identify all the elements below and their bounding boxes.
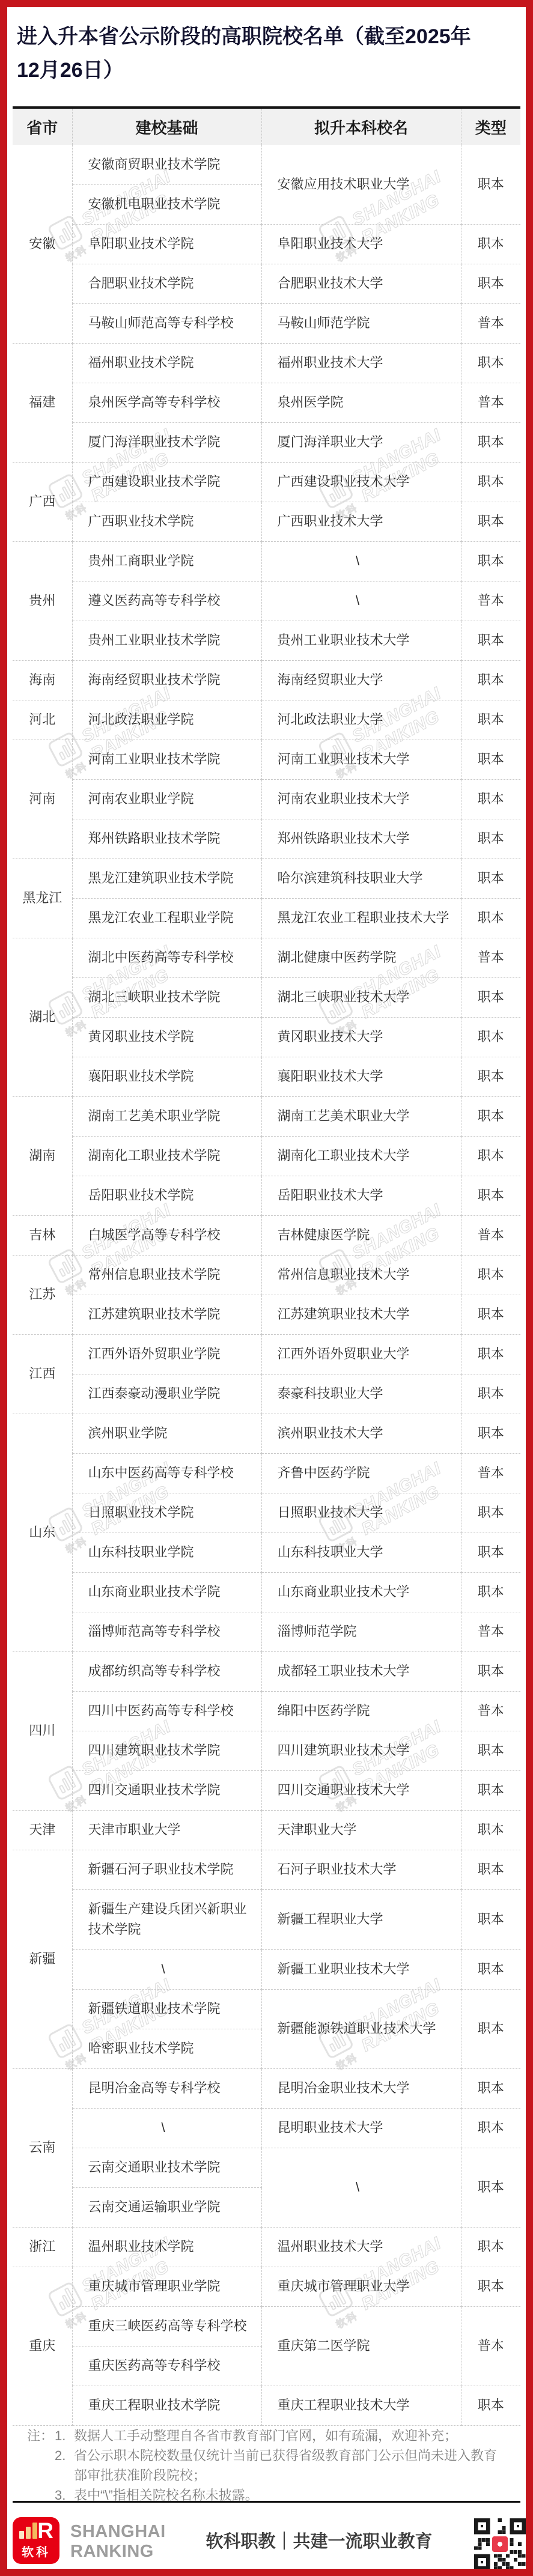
base-school-cell: 重庆工程职业技术学院 bbox=[72, 2386, 261, 2425]
table-row: 河南河南工业职业技术学院河南工业职业技术大学职本 bbox=[13, 740, 520, 779]
base-school-cell: 厦门海洋职业技术学院 bbox=[72, 422, 261, 462]
brand-line1: SHANGHAI bbox=[70, 2522, 166, 2542]
base-school-cell: 温州职业技术学院 bbox=[72, 2227, 261, 2267]
base-school-cell: 贵州工商职业学院 bbox=[72, 541, 261, 581]
base-school-cell: 山东中医药高等专科学校 bbox=[72, 1453, 261, 1493]
target-school-cell: 新疆能源铁道职业技术大学 bbox=[261, 1989, 461, 2068]
table-row: 四川建筑职业技术学院四川建筑职业技术大学职本 bbox=[13, 1731, 520, 1770]
brand-name: SHANGHAI RANKING bbox=[70, 2522, 166, 2562]
type-cell: 职本 bbox=[461, 858, 520, 898]
target-school-cell: 四川交通职业技术大学 bbox=[261, 1770, 461, 1810]
type-cell: 职本 bbox=[461, 660, 520, 700]
target-school-cell: 温州职业技术大学 bbox=[261, 2227, 461, 2267]
target-school-cell: 山东科技职业大学 bbox=[261, 1533, 461, 1572]
table-row: 山东科技职业学院山东科技职业大学职本 bbox=[13, 1533, 520, 1572]
province-cell: 吉林 bbox=[13, 1215, 72, 1255]
base-school-cell: 滨州职业学院 bbox=[72, 1414, 261, 1453]
table-row: 重庆重庆城市管理职业学院重庆城市管理职业大学职本 bbox=[13, 2267, 520, 2306]
table-row: 贵州工业职业技术学院贵州工业职业技术大学职本 bbox=[13, 621, 520, 660]
table-row: 四川交通职业技术学院四川交通职业技术大学职本 bbox=[13, 1770, 520, 1810]
table-row: 马鞍山师范高等专科学校马鞍山师范学院普本 bbox=[13, 303, 520, 343]
base-school-cell: 江西泰豪动漫职业学院 bbox=[72, 1374, 261, 1414]
base-school-cell: 淄博师范高等专科学校 bbox=[72, 1612, 261, 1651]
base-school-cell: 湖南工艺美术职业学院 bbox=[72, 1096, 261, 1136]
table-row: 山东滨州职业学院滨州职业技术大学职本 bbox=[13, 1414, 520, 1453]
table-row: 云南交通职业技术学院\职本 bbox=[13, 2148, 520, 2187]
type-cell: 普本 bbox=[461, 303, 520, 343]
type-cell: 职本 bbox=[461, 700, 520, 740]
table-row: 合肥职业技术学院合肥职业技术大学职本 bbox=[13, 264, 520, 303]
table-row: 日照职业技术学院日照职业技术大学职本 bbox=[13, 1493, 520, 1533]
province-cell: 江苏 bbox=[13, 1255, 72, 1334]
target-school-cell: 黑龙江农业工程职业技术大学 bbox=[261, 898, 461, 938]
base-school-cell: 安徽机电职业技术学院 bbox=[72, 184, 261, 224]
province-cell: 海南 bbox=[13, 660, 72, 700]
base-school-cell: 四川交通职业技术学院 bbox=[72, 1770, 261, 1810]
target-school-cell: \ bbox=[261, 541, 461, 581]
target-school-cell: 齐鲁中医药学院 bbox=[261, 1453, 461, 1493]
base-school-cell: 云南交通职业技术学院 bbox=[72, 2148, 261, 2187]
target-school-cell: \ bbox=[261, 581, 461, 621]
base-school-cell: 贵州工业职业技术学院 bbox=[72, 621, 261, 660]
table-row: 湖北三峡职业技术学院湖北三峡职业技术大学职本 bbox=[13, 977, 520, 1017]
footer-divider bbox=[13, 2501, 520, 2503]
base-school-cell: 郑州铁路职业技术学院 bbox=[72, 819, 261, 858]
table-row: 四川成都纺织高等专科学校成都轻工职业技术大学职本 bbox=[13, 1651, 520, 1691]
target-school-cell: 四川建筑职业技术大学 bbox=[261, 1731, 461, 1770]
base-school-cell: 合肥职业技术学院 bbox=[72, 264, 261, 303]
table-header-row: 省市 建校基础 拟升本科校名 类型 bbox=[13, 108, 520, 145]
table-row: 江苏常州信息职业技术学院常州信息职业技术大学职本 bbox=[13, 1255, 520, 1295]
table-row: 浙江温州职业技术学院温州职业技术大学职本 bbox=[13, 2227, 520, 2267]
province-cell: 安徽 bbox=[13, 145, 72, 343]
col-header-province: 省市 bbox=[13, 108, 72, 145]
target-school-cell: 江苏建筑职业技术大学 bbox=[261, 1295, 461, 1334]
col-header-base: 建校基础 bbox=[72, 108, 261, 145]
target-school-cell: 河南农业职业技术大学 bbox=[261, 779, 461, 819]
infographic-page: 软科SHANGHAIRANKING软科SHANGHAIRANKING软科SHAN… bbox=[0, 0, 533, 2576]
base-school-cell: 常州信息职业技术学院 bbox=[72, 1255, 261, 1295]
province-cell: 云南 bbox=[13, 2068, 72, 2227]
table-row: 江苏建筑职业技术学院江苏建筑职业技术大学职本 bbox=[13, 1295, 520, 1334]
type-cell: 普本 bbox=[461, 581, 520, 621]
base-school-cell: 重庆三峡医药高等专科学校 bbox=[72, 2306, 261, 2346]
base-school-cell: \ bbox=[72, 2108, 261, 2148]
type-cell: 职本 bbox=[461, 1949, 520, 1989]
base-school-cell: 重庆城市管理职业学院 bbox=[72, 2267, 261, 2306]
type-cell: 职本 bbox=[461, 422, 520, 462]
type-cell: 普本 bbox=[461, 938, 520, 977]
base-school-cell: 天津市职业大学 bbox=[72, 1810, 261, 1850]
table-row: 山东商业职业技术学院山东商业职业技术大学职本 bbox=[13, 1572, 520, 1612]
base-school-cell: 四川中医药高等专科学校 bbox=[72, 1691, 261, 1731]
base-school-cell: 河北政法职业学院 bbox=[72, 700, 261, 740]
type-cell: 职本 bbox=[461, 1989, 520, 2068]
base-school-cell: 重庆医药高等专科学校 bbox=[72, 2346, 261, 2386]
table-body: 安徽安徽商贸职业技术学院安徽应用技术职业大学职本安徽机电职业技术学院阜阳职业技术… bbox=[13, 145, 520, 2425]
target-school-cell: 天津职业大学 bbox=[261, 1810, 461, 1850]
type-cell: 职本 bbox=[461, 977, 520, 1017]
province-cell: 河南 bbox=[13, 740, 72, 858]
target-school-cell: 吉林健康医学院 bbox=[261, 1215, 461, 1255]
target-school-cell: 石河子职业技术大学 bbox=[261, 1850, 461, 1889]
table-row: 新疆生产建设兵团兴新职业技术学院新疆工程职业大学职本 bbox=[13, 1889, 520, 1949]
base-school-cell: 黑龙江农业工程职业学院 bbox=[72, 898, 261, 938]
logo-r-glyph: R bbox=[37, 2518, 53, 2544]
table-row: \昆明职业技术大学职本 bbox=[13, 2108, 520, 2148]
table-row: 广西广西建设职业技术学院广西建设职业技术大学职本 bbox=[13, 462, 520, 502]
target-school-cell: 滨州职业技术大学 bbox=[261, 1414, 461, 1453]
type-cell: 职本 bbox=[461, 2227, 520, 2267]
province-cell: 黑龙江 bbox=[13, 858, 72, 938]
base-school-cell: \ bbox=[72, 1949, 261, 1989]
footer: R 软科 SHANGHAI RANKING 软科职教｜共建一流职业教育 bbox=[13, 2514, 520, 2566]
table-row: 阜阳职业技术学院阜阳职业技术大学职本 bbox=[13, 224, 520, 264]
notes-block: 注：1.数据人工手动整理自各省市教育部门官网，如有疏漏，欢迎补充；2.省公示职本… bbox=[27, 2426, 504, 2505]
province-cell: 福建 bbox=[13, 343, 72, 462]
type-cell: 职本 bbox=[461, 1255, 520, 1295]
type-cell: 职本 bbox=[461, 264, 520, 303]
target-school-cell: 淄博师范学院 bbox=[261, 1612, 461, 1651]
note-item: 注：1.数据人工手动整理自各省市教育部门官网，如有疏漏，欢迎补充； bbox=[27, 2426, 504, 2446]
target-school-cell: 泰豪科技职业大学 bbox=[261, 1374, 461, 1414]
base-school-cell: 昆明冶金高等专科学校 bbox=[72, 2068, 261, 2108]
type-cell: 职本 bbox=[461, 1572, 520, 1612]
target-school-cell: 海南经贸职业大学 bbox=[261, 660, 461, 700]
target-school-cell: 绵阳中医药学院 bbox=[261, 1691, 461, 1731]
table-row: 郑州铁路职业技术学院郑州铁路职业技术大学职本 bbox=[13, 819, 520, 858]
table-row: \新疆工业职业技术大学职本 bbox=[13, 1949, 520, 1989]
base-school-cell: 马鞍山师范高等专科学校 bbox=[72, 303, 261, 343]
target-school-cell: 山东商业职业技术大学 bbox=[261, 1572, 461, 1612]
note-item: 2.省公示职本院校数量仅统计当前已获得省级教育部门公示但尚未进入教育部审批获准阶… bbox=[27, 2446, 504, 2485]
type-cell: 职本 bbox=[461, 541, 520, 581]
col-header-type: 类型 bbox=[461, 108, 520, 145]
base-school-cell: 广西建设职业技术学院 bbox=[72, 462, 261, 502]
table-row: 广西职业技术学院广西职业技术大学职本 bbox=[13, 502, 520, 541]
target-school-cell: 广西职业技术大学 bbox=[261, 502, 461, 541]
type-cell: 普本 bbox=[461, 1612, 520, 1651]
logo-wordmark: 软科 bbox=[13, 2542, 59, 2560]
target-school-cell: 河北政法职业大学 bbox=[261, 700, 461, 740]
table-row: 重庆三峡医药高等专科学校重庆第二医学院普本 bbox=[13, 2306, 520, 2346]
qr-code bbox=[474, 2518, 526, 2570]
type-cell: 职本 bbox=[461, 145, 520, 224]
type-cell: 职本 bbox=[461, 740, 520, 779]
table-row: 福建福州职业技术学院福州职业技术大学职本 bbox=[13, 343, 520, 383]
type-cell: 职本 bbox=[461, 898, 520, 938]
base-school-cell: 黄冈职业技术学院 bbox=[72, 1017, 261, 1057]
table-row: 新疆新疆石河子职业技术学院石河子职业技术大学职本 bbox=[13, 1850, 520, 1889]
type-cell: 职本 bbox=[461, 819, 520, 858]
target-school-cell: 郑州铁路职业技术大学 bbox=[261, 819, 461, 858]
province-cell: 河北 bbox=[13, 700, 72, 740]
table-row: 岳阳职业技术学院岳阳职业技术大学职本 bbox=[13, 1176, 520, 1215]
type-cell: 职本 bbox=[461, 1295, 520, 1334]
province-cell: 湖南 bbox=[13, 1096, 72, 1215]
type-cell: 职本 bbox=[461, 1136, 520, 1176]
table-row: 河北河北政法职业学院河北政法职业大学职本 bbox=[13, 700, 520, 740]
type-cell: 普本 bbox=[461, 1215, 520, 1255]
target-school-cell: 湖南工艺美术职业大学 bbox=[261, 1096, 461, 1136]
table-row: 贵州贵州工商职业学院\职本 bbox=[13, 541, 520, 581]
target-school-cell: 马鞍山师范学院 bbox=[261, 303, 461, 343]
target-school-cell: 福州职业技术大学 bbox=[261, 343, 461, 383]
table-row: 吉林白城医学高等专科学校吉林健康医学院普本 bbox=[13, 1215, 520, 1255]
table-row: 新疆铁道职业技术学院新疆能源铁道职业技术大学职本 bbox=[13, 1989, 520, 2029]
table-row: 河南农业职业学院河南农业职业技术大学职本 bbox=[13, 779, 520, 819]
base-school-cell: 成都纺织高等专科学校 bbox=[72, 1651, 261, 1691]
table-row: 江西泰豪动漫职业学院泰豪科技职业大学职本 bbox=[13, 1374, 520, 1414]
table-row: 江西江西外语外贸职业学院江西外语外贸职业大学职本 bbox=[13, 1334, 520, 1374]
province-cell: 新疆 bbox=[13, 1850, 72, 2068]
target-school-cell: 成都轻工职业技术大学 bbox=[261, 1651, 461, 1691]
base-school-cell: 新疆石河子职业技术学院 bbox=[72, 1850, 261, 1889]
base-school-cell: 遵义医药高等专科学校 bbox=[72, 581, 261, 621]
target-school-cell: 哈尔滨建筑科技职业大学 bbox=[261, 858, 461, 898]
type-cell: 职本 bbox=[461, 2386, 520, 2425]
type-cell: 职本 bbox=[461, 1017, 520, 1057]
type-cell: 职本 bbox=[461, 1810, 520, 1850]
base-school-cell: 河南农业职业学院 bbox=[72, 779, 261, 819]
footer-slogan: 软科职教｜共建一流职业教育 bbox=[187, 2528, 451, 2553]
table-row: 天津天津市职业大学天津职业大学职本 bbox=[13, 1810, 520, 1850]
target-school-cell: 日照职业技术大学 bbox=[261, 1493, 461, 1533]
type-cell: 职本 bbox=[461, 1057, 520, 1096]
province-cell: 天津 bbox=[13, 1810, 72, 1850]
target-school-cell: 泉州医学院 bbox=[261, 383, 461, 422]
type-cell: 普本 bbox=[461, 383, 520, 422]
target-school-cell: 重庆第二医学院 bbox=[261, 2306, 461, 2386]
base-school-cell: 泉州医学高等专科学校 bbox=[72, 383, 261, 422]
base-school-cell: 哈密职业技术学院 bbox=[72, 2029, 261, 2068]
province-cell: 山东 bbox=[13, 1414, 72, 1651]
target-school-cell: 江西外语外贸职业大学 bbox=[261, 1334, 461, 1374]
type-cell: 职本 bbox=[461, 1850, 520, 1889]
type-cell: 职本 bbox=[461, 1493, 520, 1533]
base-school-cell: 湖北中医药高等专科学校 bbox=[72, 938, 261, 977]
target-school-cell: 安徽应用技术职业大学 bbox=[261, 145, 461, 224]
type-cell: 职本 bbox=[461, 462, 520, 502]
province-cell: 重庆 bbox=[13, 2267, 72, 2425]
col-header-target: 拟升本科校名 bbox=[261, 108, 461, 145]
target-school-cell: 合肥职业技术大学 bbox=[261, 264, 461, 303]
table-row: 湖南化工职业技术学院湖南化工职业技术大学职本 bbox=[13, 1136, 520, 1176]
target-school-cell: 昆明冶金职业技术大学 bbox=[261, 2068, 461, 2108]
target-school-cell: 贵州工业职业技术大学 bbox=[261, 621, 461, 660]
base-school-cell: 四川建筑职业技术学院 bbox=[72, 1731, 261, 1770]
target-school-cell: 湖南化工职业技术大学 bbox=[261, 1136, 461, 1176]
type-cell: 职本 bbox=[461, 2267, 520, 2306]
table-row: 襄阳职业技术学院襄阳职业技术大学职本 bbox=[13, 1057, 520, 1096]
base-school-cell: 山东商业职业技术学院 bbox=[72, 1572, 261, 1612]
type-cell: 职本 bbox=[461, 621, 520, 660]
base-school-cell: 阜阳职业技术学院 bbox=[72, 224, 261, 264]
base-school-cell: 安徽商贸职业技术学院 bbox=[72, 145, 261, 184]
province-cell: 湖北 bbox=[13, 938, 72, 1096]
target-school-cell: \ bbox=[261, 2148, 461, 2227]
table-row: 湖南湖南工艺美术职业学院湖南工艺美术职业大学职本 bbox=[13, 1096, 520, 1136]
target-school-cell: 重庆城市管理职业大学 bbox=[261, 2267, 461, 2306]
base-school-cell: 海南经贸职业技术学院 bbox=[72, 660, 261, 700]
target-school-cell: 襄阳职业技术大学 bbox=[261, 1057, 461, 1096]
type-cell: 职本 bbox=[461, 343, 520, 383]
base-school-cell: 新疆生产建设兵团兴新职业技术学院 bbox=[72, 1889, 261, 1949]
target-school-cell: 常州信息职业技术大学 bbox=[261, 1255, 461, 1295]
type-cell: 职本 bbox=[461, 2108, 520, 2148]
province-cell: 四川 bbox=[13, 1651, 72, 1810]
province-cell: 广西 bbox=[13, 462, 72, 541]
base-school-cell: 白城医学高等专科学校 bbox=[72, 1215, 261, 1255]
base-school-cell: 黑龙江建筑职业技术学院 bbox=[72, 858, 261, 898]
province-cell: 浙江 bbox=[13, 2227, 72, 2267]
logo-bars-icon bbox=[19, 2523, 37, 2539]
table-row: 湖北湖北中医药高等专科学校湖北健康中医药学院普本 bbox=[13, 938, 520, 977]
type-cell: 职本 bbox=[461, 502, 520, 541]
target-school-cell: 新疆工业职业技术大学 bbox=[261, 1949, 461, 1989]
type-cell: 职本 bbox=[461, 1176, 520, 1215]
type-cell: 职本 bbox=[461, 1533, 520, 1572]
target-school-cell: 湖北健康中医药学院 bbox=[261, 938, 461, 977]
type-cell: 职本 bbox=[461, 1889, 520, 1949]
table-row: 山东中医药高等专科学校齐鲁中医药学院普本 bbox=[13, 1453, 520, 1493]
type-cell: 职本 bbox=[461, 1334, 520, 1374]
target-school-cell: 昆明职业技术大学 bbox=[261, 2108, 461, 2148]
table-row: 黑龙江黑龙江建筑职业技术学院哈尔滨建筑科技职业大学职本 bbox=[13, 858, 520, 898]
table-row: 安徽安徽商贸职业技术学院安徽应用技术职业大学职本 bbox=[13, 145, 520, 184]
table-row: 黄冈职业技术学院黄冈职业技术大学职本 bbox=[13, 1017, 520, 1057]
table-row: 黑龙江农业工程职业学院黑龙江农业工程职业技术大学职本 bbox=[13, 898, 520, 938]
base-school-cell: 新疆铁道职业技术学院 bbox=[72, 1989, 261, 2029]
base-school-cell: 湖南化工职业技术学院 bbox=[72, 1136, 261, 1176]
type-cell: 职本 bbox=[461, 1770, 520, 1810]
table-row: 泉州医学高等专科学校泉州医学院普本 bbox=[13, 383, 520, 422]
upgrade-table: 省市 建校基础 拟升本科校名 类型 安徽安徽商贸职业技术学院安徽应用技术职业大学… bbox=[13, 106, 520, 2426]
type-cell: 职本 bbox=[461, 224, 520, 264]
target-school-cell: 河南工业职业技术大学 bbox=[261, 740, 461, 779]
table-row: 淄博师范高等专科学校淄博师范学院普本 bbox=[13, 1612, 520, 1651]
base-school-cell: 福州职业技术学院 bbox=[72, 343, 261, 383]
target-school-cell: 岳阳职业技术大学 bbox=[261, 1176, 461, 1215]
province-cell: 江西 bbox=[13, 1334, 72, 1414]
table-row: 海南海南经贸职业技术学院海南经贸职业大学职本 bbox=[13, 660, 520, 700]
type-cell: 普本 bbox=[461, 2306, 520, 2386]
type-cell: 职本 bbox=[461, 1096, 520, 1136]
base-school-cell: 湖北三峡职业技术学院 bbox=[72, 977, 261, 1017]
table-row: 厦门海洋职业技术学院厦门海洋职业大学职本 bbox=[13, 422, 520, 462]
shanghairanking-logo: R 软科 bbox=[13, 2517, 59, 2564]
type-cell: 普本 bbox=[461, 1453, 520, 1493]
target-school-cell: 湖北三峡职业技术大学 bbox=[261, 977, 461, 1017]
base-school-cell: 云南交通运输职业学院 bbox=[72, 2187, 261, 2227]
type-cell: 职本 bbox=[461, 1374, 520, 1414]
type-cell: 职本 bbox=[461, 2068, 520, 2108]
base-school-cell: 岳阳职业技术学院 bbox=[72, 1176, 261, 1215]
base-school-cell: 山东科技职业学院 bbox=[72, 1533, 261, 1572]
target-school-cell: 厦门海洋职业大学 bbox=[261, 422, 461, 462]
type-cell: 职本 bbox=[461, 1414, 520, 1453]
brand-line2: RANKING bbox=[70, 2542, 166, 2562]
base-school-cell: 江苏建筑职业技术学院 bbox=[72, 1295, 261, 1334]
type-cell: 职本 bbox=[461, 779, 520, 819]
type-cell: 普本 bbox=[461, 1691, 520, 1731]
target-school-cell: 新疆工程职业大学 bbox=[261, 1889, 461, 1949]
target-school-cell: 广西建设职业技术大学 bbox=[261, 462, 461, 502]
base-school-cell: 襄阳职业技术学院 bbox=[72, 1057, 261, 1096]
base-school-cell: 江西外语外贸职业学院 bbox=[72, 1334, 261, 1374]
target-school-cell: 重庆工程职业技术大学 bbox=[261, 2386, 461, 2425]
page-title: 进入升本省公示阶段的高职院校名单（截至2025年12月26日） bbox=[17, 20, 475, 87]
province-cell: 贵州 bbox=[13, 541, 72, 660]
table-row: 重庆工程职业技术学院重庆工程职业技术大学职本 bbox=[13, 2386, 520, 2425]
base-school-cell: 日照职业技术学院 bbox=[72, 1493, 261, 1533]
table-row: 遵义医药高等专科学校\普本 bbox=[13, 581, 520, 621]
target-school-cell: 黄冈职业技术大学 bbox=[261, 1017, 461, 1057]
base-school-cell: 河南工业职业技术学院 bbox=[72, 740, 261, 779]
table-row: 云南昆明冶金高等专科学校昆明冶金职业技术大学职本 bbox=[13, 2068, 520, 2108]
type-cell: 职本 bbox=[461, 1731, 520, 1770]
table-row: 四川中医药高等专科学校绵阳中医药学院普本 bbox=[13, 1691, 520, 1731]
base-school-cell: 广西职业技术学院 bbox=[72, 502, 261, 541]
target-school-cell: 阜阳职业技术大学 bbox=[261, 224, 461, 264]
type-cell: 职本 bbox=[461, 2148, 520, 2227]
type-cell: 职本 bbox=[461, 1651, 520, 1691]
